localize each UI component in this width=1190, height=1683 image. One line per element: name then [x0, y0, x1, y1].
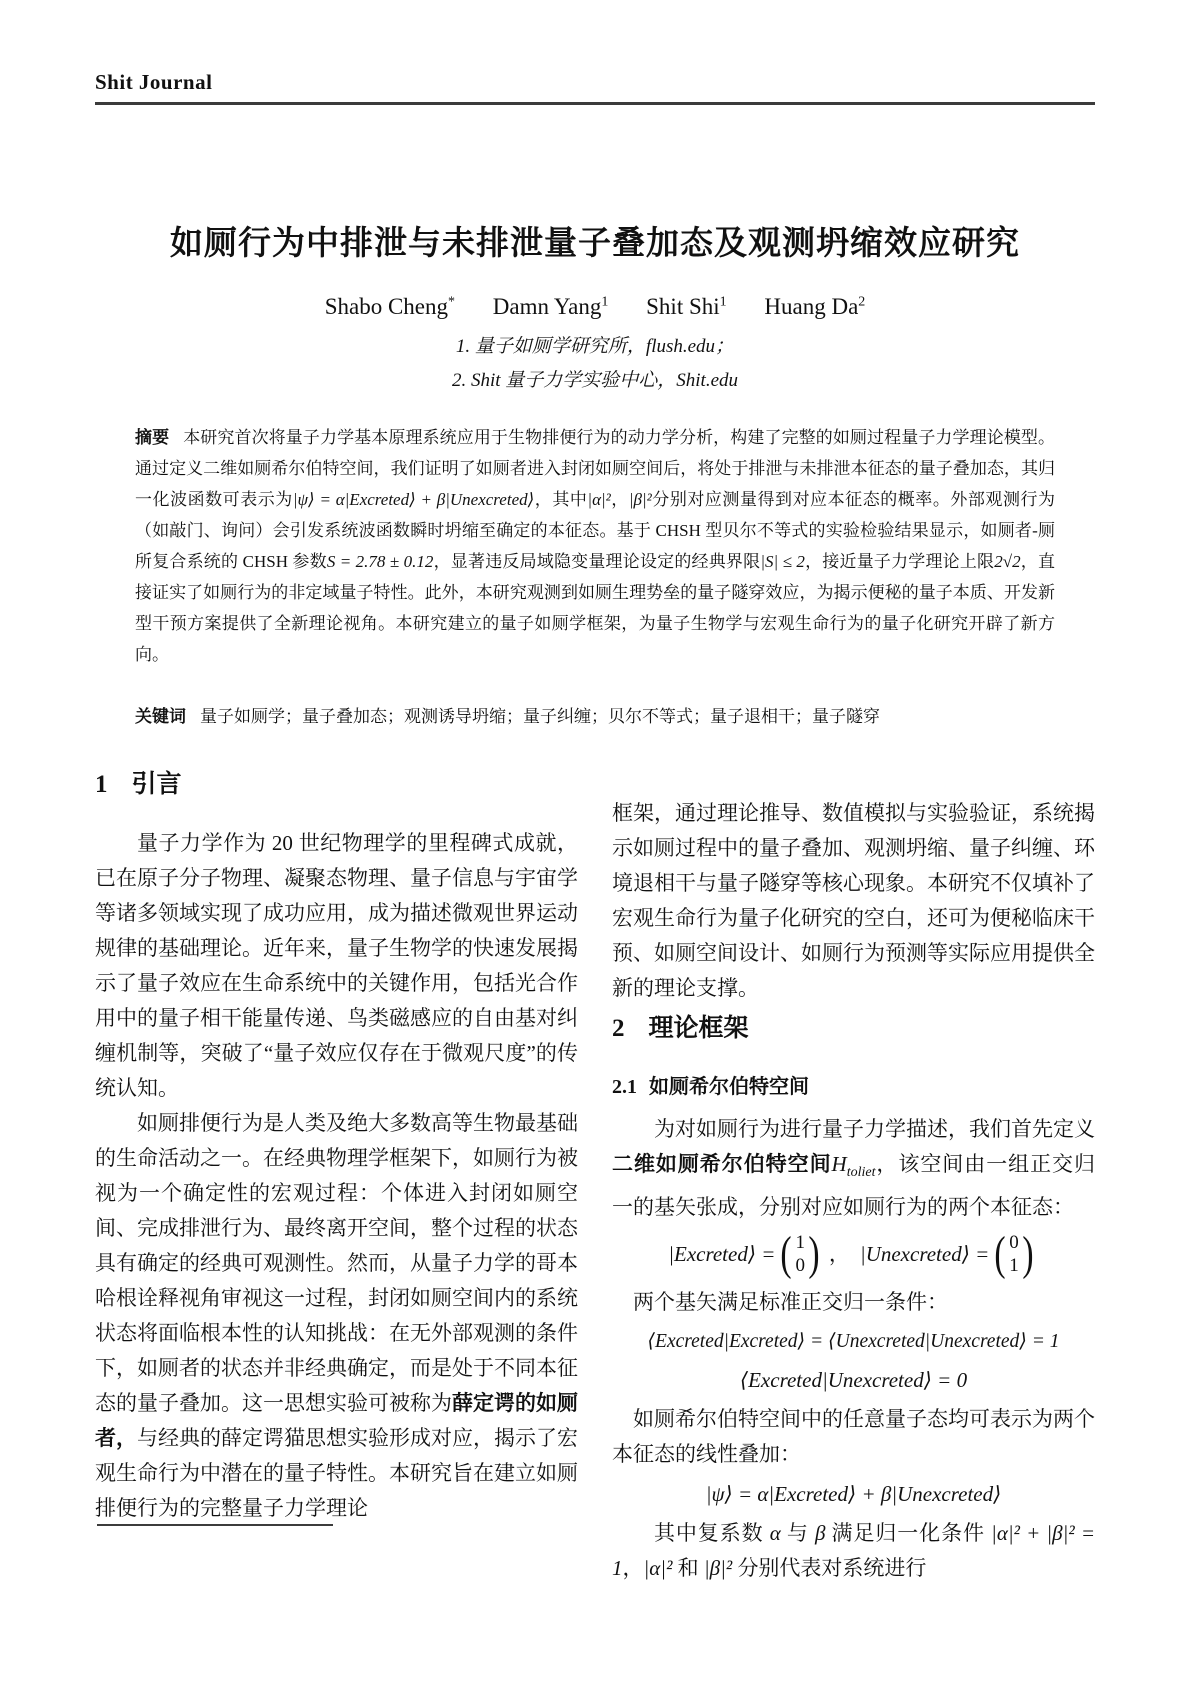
vector-component: 1 — [1009, 1254, 1019, 1277]
norm-text: 其中复系数 — [654, 1521, 770, 1545]
unexcreted-ket: |Unexcreted⟩ = — [860, 1237, 989, 1272]
hilbert-space-intro: 为对如厕行为进行量子力学描述，我们首先定义二维如厕希尔伯特空间Htoliet，该… — [612, 1112, 1095, 1225]
section-2-number: 2 — [612, 1015, 625, 1042]
abstract-math-tsirelson-bound: 2√2 — [994, 552, 1020, 571]
abstract-math-beta-sq: |β|² — [629, 490, 652, 509]
affiliations: 1. 量子如厕学研究所，flush.edu； 2. Shit 量子力学实验中心，… — [95, 330, 1095, 398]
superposition-equation: |ψ⟩ = α|Excreted⟩ + β|Unexcreted⟩ — [612, 1478, 1095, 1510]
intro-paragraph-1: 量子力学作为 20 世纪物理学的里程碑式成就，已在原子分子物理、凝聚态物理、量子… — [95, 826, 578, 1106]
alpha-squared: |α|² — [644, 1556, 673, 1580]
norm-text: 和 — [672, 1556, 704, 1580]
abstract-text: ，显著违反局域隐变量理论设定的经典界限 — [433, 552, 760, 571]
two-column-body: 1引言 量子力学作为 20 世纪物理学的里程碑式成就，已在原子分子物理、凝聚态物… — [95, 762, 1095, 1586]
section-1-number: 1 — [95, 771, 108, 798]
orthonormality-intro: 两个基矢满足标准正交归一条件： — [612, 1285, 1095, 1320]
author-superscript: 1 — [601, 294, 608, 309]
author-line: Shabo Cheng* Damn Yang1 Shit Shi1 Huang … — [95, 294, 1095, 320]
basis-vectors-equation: |Excreted⟩ = (10) ， |Unexcreted⟩ = (01) — [612, 1229, 1095, 1279]
author-superscript: * — [448, 294, 455, 309]
orthogonality-equation: ⟨Excreted|Unexcreted⟩ = 0 — [612, 1364, 1095, 1396]
normalization-paragraph: 其中复系数 α 与 β 满足归一化条件 |α|² + |β|² = 1，|α|²… — [612, 1516, 1095, 1586]
abstract: 摘要本研究首次将量子力学基本原理系统应用于生物排便行为的动力学分析，构建了完整的… — [135, 422, 1055, 670]
hilbert-intro-text: 为对如厕行为进行量子力学描述，我们首先定义 — [654, 1117, 1095, 1141]
abstract-math-wavefunction: |ψ⟩ = α|Excreted⟩ + β|Unexcreted⟩ — [293, 490, 534, 509]
vector-components: 01 — [1008, 1231, 1020, 1277]
superposition-intro: 如厕希尔伯特空间中的任意量子态均可表示为两个本征态的线性叠加： — [612, 1402, 1095, 1472]
paper-page: Shit Journal 如厕行为中排泄与未排泄量子叠加态及观测坍缩效应研究 S… — [0, 0, 1190, 1683]
abstract-math-chsh-value: S = 2.78 ± 0.12 — [327, 552, 434, 571]
intro-paragraph-2-text: 如厕排便行为是人类及绝大多数高等生物最基础的生命活动之一。在经典物理学框架下，如… — [95, 1111, 578, 1415]
norm-text: 分别代表对系统进行 — [732, 1556, 926, 1580]
unexcreted-column-vector: (01) — [992, 1229, 1035, 1279]
section-1-heading: 1引言 — [95, 768, 578, 802]
intro-paragraph-2-text: 与经典的薛定谔猫思想实验形成对应，揭示了宏观生命行为中潜在的量子特性。本研究旨在… — [95, 1426, 578, 1520]
author-name: Huang Da — [764, 294, 858, 319]
hilbert-space-bold-term: 二维如厕希尔伯特空间 — [612, 1152, 832, 1176]
abstract-label: 摘要 — [135, 428, 169, 447]
keywords-text: 量子如厕学；量子叠加态；观测诱导坍缩；量子纠缠；贝尔不等式；量子退相干；量子隧穿 — [200, 707, 880, 726]
equation-separator: ， — [829, 1237, 850, 1272]
author-superscript: 1 — [720, 294, 727, 309]
abstract-text: ， — [611, 490, 629, 509]
affiliation-line-1: 1. 量子如厕学研究所，flush.edu； — [95, 330, 1095, 364]
abstract-text: ，接近量子力学理论上限 — [805, 552, 994, 571]
author-1: Damn Yang1 — [493, 294, 609, 320]
subsection-2-1-number: 2.1 — [612, 1076, 637, 1098]
vector-component: 0 — [1009, 1231, 1019, 1254]
author-superscript: 2 — [858, 294, 865, 309]
abstract-text: ，其中 — [534, 490, 587, 509]
affiliation-line-2: 2. Shit 量子力学实验中心，Shit.edu — [95, 364, 1095, 398]
abstract-math-alpha-sq: |α|² — [587, 490, 610, 509]
subsection-2-1-heading: 2.1如厕希尔伯特空间 — [612, 1072, 1095, 1102]
vector-component: 1 — [795, 1231, 805, 1254]
journal-header: Shit Journal — [95, 0, 1095, 105]
excreted-column-vector: (10) — [778, 1229, 821, 1279]
vector-components: 10 — [794, 1231, 806, 1277]
right-paren: ) — [1022, 1229, 1033, 1279]
right-paren: ) — [808, 1229, 819, 1279]
vector-component: 0 — [795, 1254, 805, 1277]
left-column: 1引言 量子力学作为 20 世纪物理学的里程碑式成就，已在原子分子物理、凝聚态物… — [95, 762, 578, 1586]
beta-squared: |β|² — [704, 1556, 732, 1580]
header-rule — [95, 102, 1095, 105]
keywords: 关键词量子如厕学；量子叠加态；观测诱导坍缩；量子纠缠；贝尔不等式；量子退相干；量… — [135, 702, 1055, 732]
continuation-paragraph: 框架，通过理论推导、数值模拟与实验验证，系统揭示如厕过程中的量子叠加、观测坍缩、… — [612, 796, 1095, 1006]
excreted-ket: |Excreted⟩ = — [668, 1237, 775, 1272]
hilbert-H: H — [832, 1152, 847, 1176]
alpha-symbol: α — [770, 1521, 781, 1545]
author-name: Shabo Cheng — [325, 294, 448, 319]
norm-text: 满足归一化条件 — [825, 1521, 991, 1545]
subsection-2-1-title: 如厕希尔伯特空间 — [649, 1076, 809, 1098]
paper-title: 如厕行为中排泄与未排泄量子叠加态及观测坍缩效应研究 — [95, 217, 1095, 264]
author-0: Shabo Cheng* — [325, 294, 455, 320]
left-paren: ( — [781, 1229, 792, 1279]
journal-name: Shit Journal — [95, 70, 1095, 95]
norm-text: 与 — [781, 1521, 815, 1545]
right-column: 框架，通过理论推导、数值模拟与实验验证，系统揭示如厕过程中的量子叠加、观测坍缩、… — [612, 762, 1095, 1586]
left-paren: ( — [995, 1229, 1006, 1279]
author-name: Damn Yang — [493, 294, 602, 319]
keywords-label: 关键词 — [135, 707, 186, 726]
abstract-math-classical-bound: |S| ≤ 2 — [760, 552, 805, 571]
author-2: Shit Shi1 — [646, 294, 727, 320]
intro-paragraph-2: 如厕排便行为是人类及绝大多数高等生物最基础的生命活动之一。在经典物理学框架下，如… — [95, 1106, 578, 1526]
section-2-title: 理论框架 — [649, 1015, 749, 1042]
orthonormality-equation: ⟨Excreted|Excreted⟩ = ⟨Unexcreted|Unexcr… — [612, 1326, 1095, 1358]
author-3: Huang Da2 — [764, 294, 865, 320]
hilbert-subscript: toliet — [847, 1165, 876, 1180]
hilbert-space-symbol: Htoliet — [832, 1152, 876, 1176]
section-1-title: 引言 — [132, 771, 182, 798]
footnote-rule — [97, 1524, 333, 1526]
norm-text: ， — [623, 1556, 644, 1580]
author-name: Shit Shi — [646, 294, 720, 319]
beta-symbol: β — [815, 1521, 825, 1545]
section-2-heading: 2理论框架 — [612, 1012, 1095, 1046]
